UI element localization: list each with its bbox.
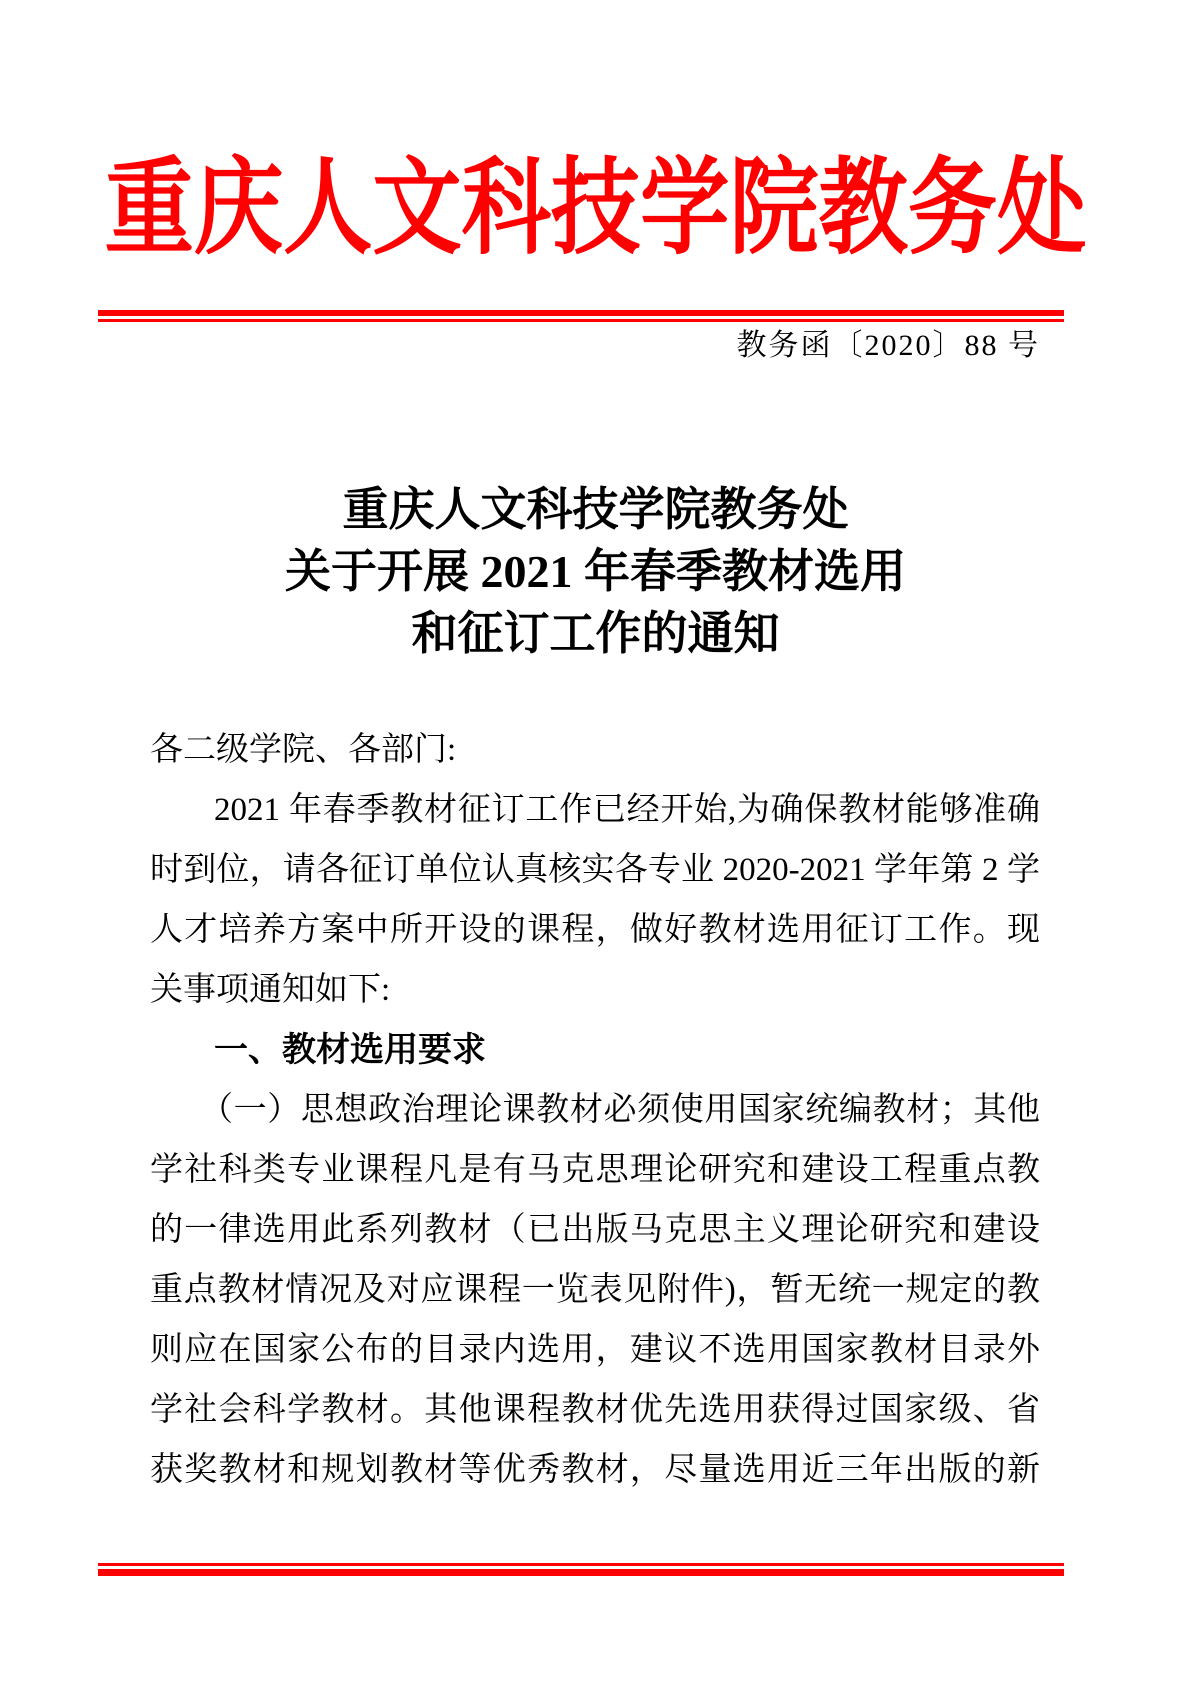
paragraph-2-line: 的一律选用此系列教材（已出版马克思主义理论研究和建设工程	[150, 1200, 1040, 1260]
paragraph-2-line: 重点教材情况及对应课程一览表见附件)，暂无统一规定的教材	[150, 1260, 1040, 1320]
footer-rule-thick-bar	[98, 1569, 1064, 1576]
paragraph-1-line: 2021 年春季教材征订工作已经开始,为确保教材能够准确及	[150, 780, 1040, 840]
paragraph-2-line: 获奖教材和规划教材等优秀教材，尽量选用近三年出版的新教	[150, 1440, 1040, 1500]
paragraph-2-line: 学社科类专业课程凡是有马克思理论研究和建设工程重点教材	[150, 1140, 1040, 1200]
section-1-heading: 一、教材选用要求	[150, 1020, 1040, 1080]
paragraph-2-line: （一）思想政治理论课教材必须使用国家统编教材；其他哲	[150, 1080, 1040, 1140]
letterhead-title: 重庆人文科技学院教务处	[89, 150, 1101, 268]
paragraph-1-line: 关事项通知如下:	[150, 960, 1040, 1020]
paragraph-2-line: 学社会科学教材。其他课程教材优先选用获得过国家级、省部级	[150, 1380, 1040, 1440]
salutation: 各二级学院、各部门:	[150, 720, 1040, 780]
notice-title: 重庆人文科技学院教务处 关于开展 2021 年春季教材选用 和征订工作的通知	[0, 479, 1191, 665]
notice-title-line-2: 关于开展 2021 年春季教材选用	[0, 541, 1191, 603]
header-double-rule	[98, 310, 1064, 322]
paragraph-2-line: 则应在国家公布的目录内选用，建议不选用国家教材目录外的哲	[150, 1320, 1040, 1380]
header-rule-thin-bar	[98, 319, 1064, 322]
notice-title-line-1: 重庆人文科技学院教务处	[0, 479, 1191, 541]
document-number: 教务函〔2020〕88 号	[737, 328, 1041, 364]
paragraph-1-line: 时到位，请各征订单位认真核实各专业 2020-2021 学年第 2 学期	[150, 840, 1040, 900]
paragraph-1-line: 人才培养方案中所开设的课程，做好教材选用征订工作。现将有	[150, 900, 1040, 960]
document-page: 重庆人文科技学院教务处 教务函〔2020〕88 号 重庆人文科技学院教务处 关于…	[0, 0, 1191, 1684]
footer-double-rule	[98, 1563, 1064, 1576]
notice-title-line-3: 和征订工作的通知	[0, 603, 1191, 665]
notice-body: 各二级学院、各部门: 2021 年春季教材征订工作已经开始,为确保教材能够准确及…	[150, 720, 1040, 1500]
